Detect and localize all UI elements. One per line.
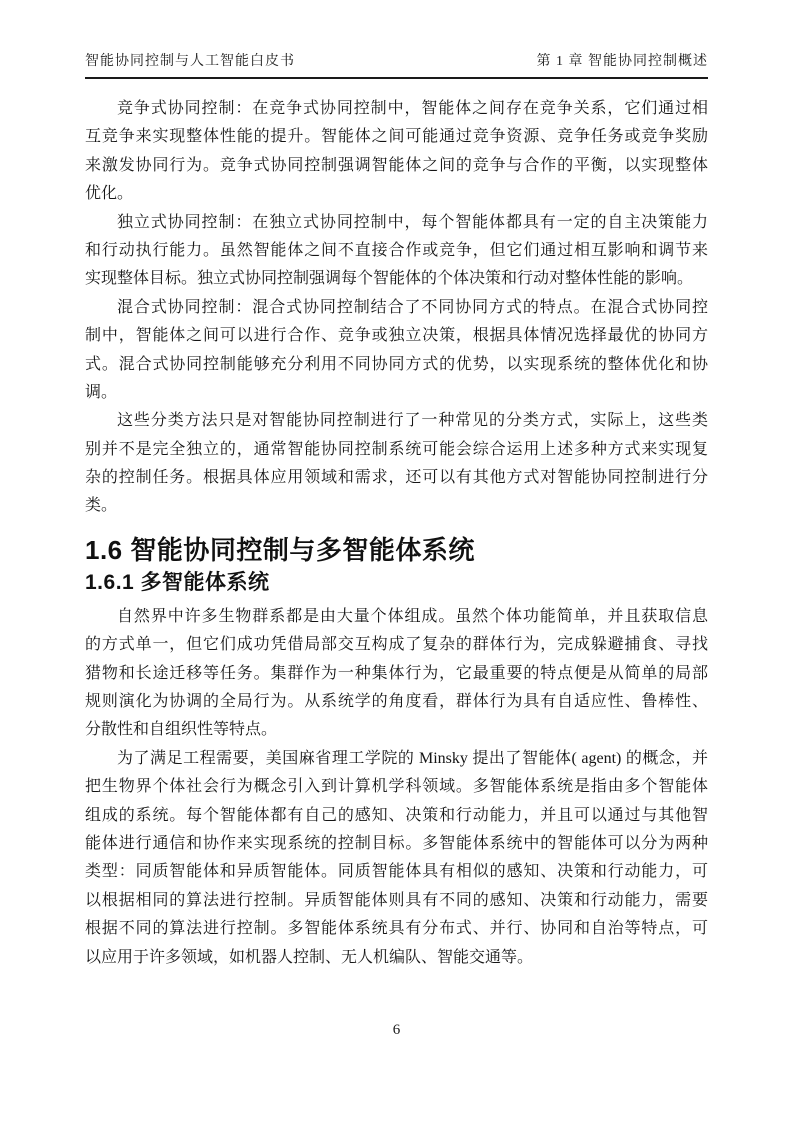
paragraphs-top: 竞争式协同控制：在竞争式协同控制中，智能体之间存在竞争关系，它们通过相互竞争来实… — [85, 95, 708, 521]
paragraph-line: 式。混合式协同控制能够充分利用不同协同方式的优势，以实现系统的整体优化和协 — [85, 351, 708, 379]
document-page: 智能协同控制与人工智能白皮书 第 1 章 智能协同控制概述 竞争式协同控制：在竞… — [0, 0, 793, 1122]
paragraph-line: 的方式单一，但它们成功凭借局部交互构成了复杂的群体行为，完成躲避捕食、寻找 — [85, 631, 708, 659]
paragraph-line: 这些分类方法只是对智能协同控制进行了一种常见的分类方式，实际上，这些类 — [85, 407, 708, 435]
paragraph-line: 调。 — [85, 379, 708, 407]
paragraph: 独立式协同控制：在独立式协同控制中，每个智能体都具有一定的自主决策能力和行动执行… — [85, 209, 708, 294]
paragraph: 自然界中许多生物群系都是由大量个体组成。虽然个体功能简单，并且获取信息的方式单一… — [85, 603, 708, 745]
paragraph-line: 优化。 — [85, 180, 708, 208]
paragraph-line: 规则演化为协调的全局行为。从系统学的角度看，群体行为具有自适应性、鲁棒性、 — [85, 688, 708, 716]
header-right-chapter: 第 1 章 智能协同控制概述 — [537, 50, 709, 70]
paragraph-line: 把生物界个体社会行为概念引入到计算机学科领域。多智能体系统是指由多个智能体 — [85, 773, 708, 801]
paragraph-line: 杂的控制任务。根据具体应用领域和需求，还可以有其他方式对智能协同控制进行分 — [85, 464, 708, 492]
section-heading: 1.6 智能协同控制与多智能体系统 — [85, 533, 708, 567]
subsection-heading: 1.6.1 多智能体系统 — [85, 569, 708, 597]
paragraph-line: 能体进行通信和协作来实现系统的控制目标。多智能体系统中的智能体可以分为两种 — [85, 830, 708, 858]
paragraph-line: 独立式协同控制：在独立式协同控制中，每个智能体都具有一定的自主决策能力 — [85, 209, 708, 237]
page-footer: 6 — [0, 1022, 793, 1039]
paragraph: 为了满足工程需要，美国麻省理工学院的 Minsky 提出了智能体( agent)… — [85, 745, 708, 972]
paragraph: 竞争式协同控制：在竞争式协同控制中，智能体之间存在竞争关系，它们通过相互竞争来实… — [85, 95, 708, 209]
paragraph-line: 制中，智能体之间可以进行合作、竞争或独立决策，根据具体情况选择最优的协同方 — [85, 322, 708, 350]
paragraph-line: 为了满足工程需要，美国麻省理工学院的 Minsky 提出了智能体( agent)… — [85, 745, 708, 773]
paragraph-line: 以应用于许多领域，如机器人控制、无人机编队、智能交通等。 — [85, 944, 708, 972]
paragraph-line: 自然界中许多生物群系都是由大量个体组成。虽然个体功能简单，并且获取信息 — [85, 603, 708, 631]
paragraph-line: 别并不是完全独立的，通常智能协同控制系统可能会综合运用上述多种方式来实现复 — [85, 436, 708, 464]
paragraph-line: 混合式协同控制：混合式协同控制结合了不同协同方式的特点。在混合式协同控 — [85, 294, 708, 322]
paragraph: 混合式协同控制：混合式协同控制结合了不同协同方式的特点。在混合式协同控制中，智能… — [85, 294, 708, 408]
paragraph-line: 类型：同质智能体和异质智能体。同质智能体具有相似的感知、决策和行动能力，可 — [85, 858, 708, 886]
paragraphs-bottom: 自然界中许多生物群系都是由大量个体组成。虽然个体功能简单，并且获取信息的方式单一… — [85, 603, 708, 972]
page-number: 6 — [393, 1022, 401, 1038]
paragraph-line: 实现整体目标。独立式协同控制强调每个智能体的个体决策和行动对整体性能的影响。 — [85, 265, 708, 293]
paragraph-line: 来激发协同行为。竞争式协同控制强调智能体之间的竞争与合作的平衡，以实现整体 — [85, 152, 708, 180]
paragraph: 这些分类方法只是对智能协同控制进行了一种常见的分类方式，实际上，这些类别并不是完… — [85, 407, 708, 521]
paragraph-line: 猎物和长途迁移等任务。集群作为一种集体行为，它最重要的特点便是从简单的局部 — [85, 660, 708, 688]
paragraph-line: 类。 — [85, 492, 708, 520]
paragraph-line: 以根据相同的算法进行控制。异质智能体则具有不同的感知、决策和行动能力，需要 — [85, 887, 708, 915]
paragraph-line: 组成的系统。每个智能体都有自己的感知、决策和行动能力，并且可以通过与其他智 — [85, 802, 708, 830]
header-left-title: 智能协同控制与人工智能白皮书 — [85, 50, 295, 70]
paragraph-line: 竞争式协同控制：在竞争式协同控制中，智能体之间存在竞争关系，它们通过相 — [85, 95, 708, 123]
paragraph-line: 根据不同的算法进行控制。多智能体系统具有分布式、并行、协同和自治等特点，可 — [85, 915, 708, 943]
document-body: 竞争式协同控制：在竞争式协同控制中，智能体之间存在竞争关系，它们通过相互竞争来实… — [85, 95, 708, 972]
page-header: 智能协同控制与人工智能白皮书 第 1 章 智能协同控制概述 — [85, 50, 708, 79]
paragraph-line: 分散性和自组织性等特点。 — [85, 716, 708, 744]
paragraph-line: 和行动执行能力。虽然智能体之间不直接合作或竞争，但它们通过相互影响和调节来 — [85, 237, 708, 265]
paragraph-line: 互竞争来实现整体性能的提升。智能体之间可能通过竞争资源、竞争任务或竞争奖励 — [85, 123, 708, 151]
